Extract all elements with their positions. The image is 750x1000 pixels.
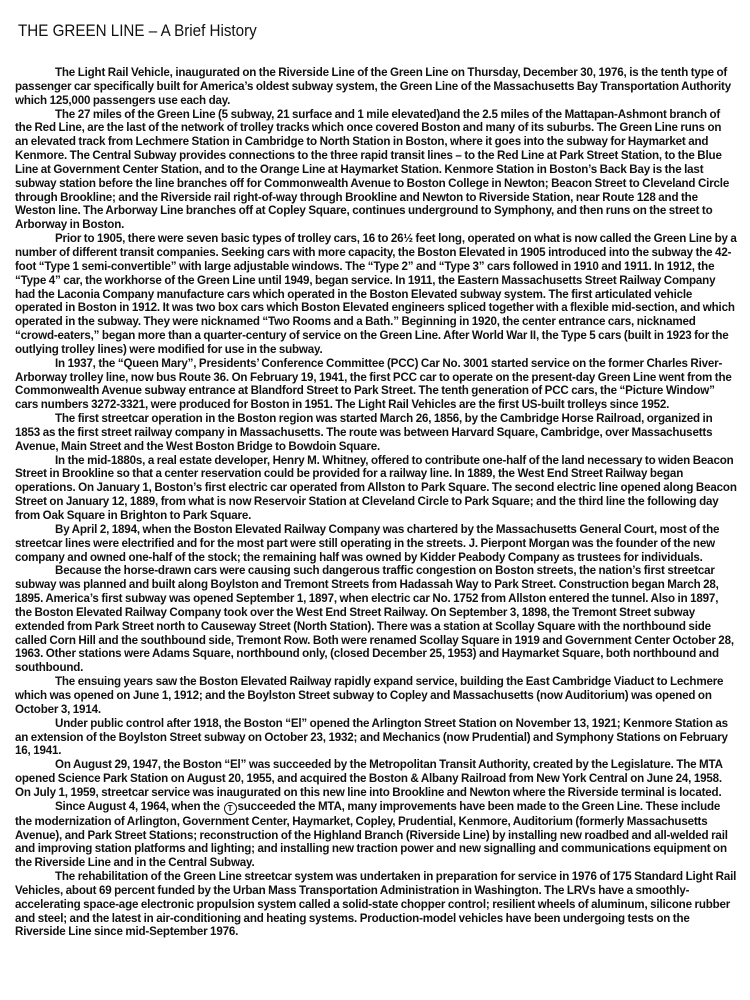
- paragraph-rehabilitation: The rehabilitation of the Green Line str…: [15, 870, 737, 939]
- document-body: The Light Rail Vehicle, inaugurated on t…: [15, 66, 737, 939]
- paragraph-first-streetcar: The first streetcar operation in the Bos…: [15, 412, 737, 454]
- paragraph-mbta-improvements: Since August 4, 1964, when the Tsucceede…: [15, 800, 737, 870]
- paragraph-public-control: Under public control after 1918, the Bos…: [15, 717, 737, 759]
- paragraph-lrv-intro: The Light Rail Vehicle, inaugurated on t…: [15, 66, 737, 108]
- document-page: THE GREEN LINE – A Brief History The Lig…: [0, 0, 750, 1000]
- paragraph-green-line-network: The 27 miles of the Green Line (5 subway…: [15, 108, 737, 233]
- paragraph-mta: On August 29, 1947, the Boston “El” was …: [15, 758, 737, 800]
- paragraph-electric-railway: In the mid-1880s, a real estate develope…: [15, 454, 737, 523]
- paragraph-trolley-types: Prior to 1905, there were seven basic ty…: [15, 232, 737, 357]
- paragraph-mbta-before: Since August 4, 1964, when the: [55, 800, 220, 813]
- document-title: THE GREEN LINE – A Brief History: [18, 22, 257, 41]
- paragraph-first-subway: Because the horse-drawn cars were causin…: [15, 564, 737, 675]
- paragraph-boston-elevated: By April 2, 1894, when the Boston Elevat…: [15, 523, 737, 565]
- paragraph-pcc-cars: In 1937, the “Queen Mary”, Presidents’ C…: [15, 357, 737, 412]
- mbta-t-logo-icon: T: [224, 802, 237, 815]
- paragraph-expansion: The ensuing years saw the Boston Elevate…: [15, 675, 737, 717]
